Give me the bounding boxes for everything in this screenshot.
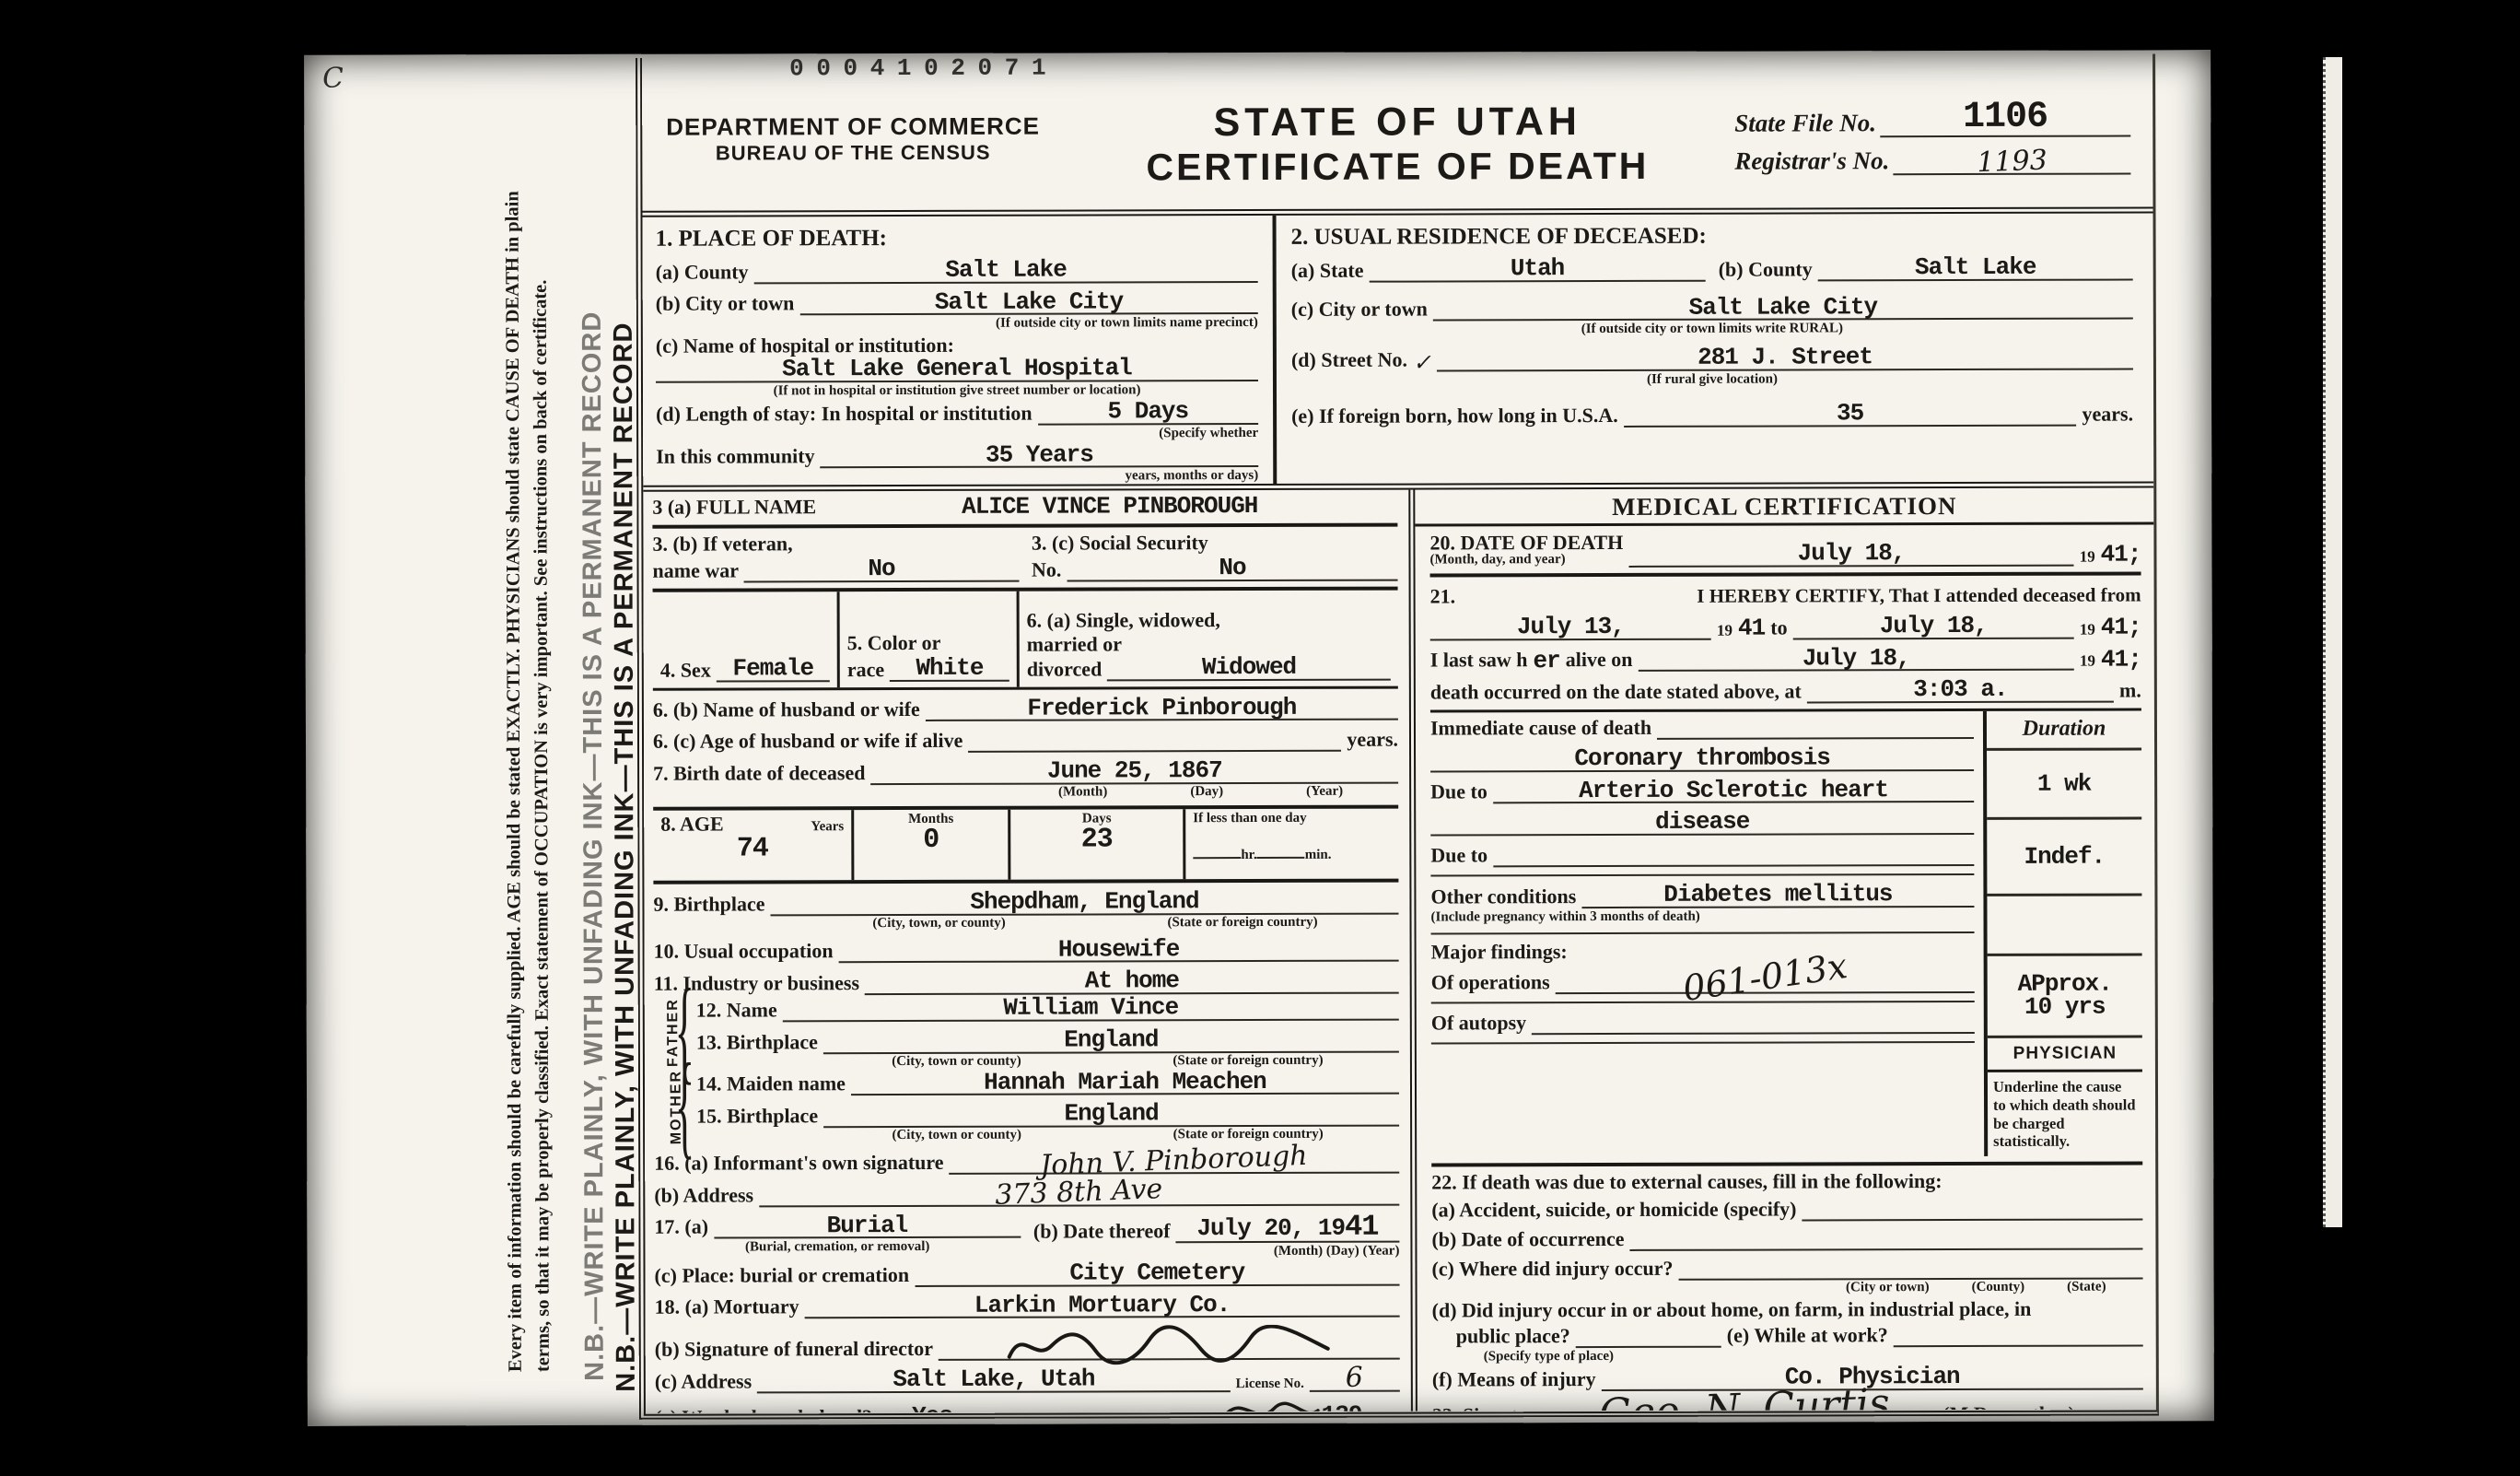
state-file-row: State File No. 1106 [1734, 100, 2130, 138]
death-date-value: July 18, [1798, 539, 1906, 567]
license-label: License No. [1236, 1376, 1304, 1391]
death-occurred-row: death occurred on the date stated above,… [1430, 678, 2141, 705]
death-time-value: 3:03 a. [1913, 675, 2007, 703]
death-date-label1: 20. DATE OF DEATH [1429, 532, 1623, 554]
physician-signature: Geo. N. Curtis [1599, 1387, 1891, 1411]
res-city-note: (If outside city or town limits write RU… [1291, 321, 2133, 338]
occupation-label: 10. Usual occupation [654, 940, 834, 965]
burial-place-value: City Cemetery [1069, 1259, 1244, 1286]
res-city-value: Salt Lake City [1689, 293, 1878, 322]
lastsaw-label2: alive on [1566, 648, 1633, 672]
immediate-cause-value: Coronary thrombosis [1574, 744, 1830, 772]
death-date-year: 41; [2101, 544, 2141, 567]
signature-line: Geo. N. Curtis [1552, 1392, 1937, 1412]
res-city-line: Salt Lake City [1433, 295, 2133, 322]
disposal-value: Burial [827, 1212, 908, 1239]
embalmer-license-value: 139. [1322, 1400, 1376, 1413]
registrar-no-value: 1193 [1977, 149, 2047, 174]
min-label: min. [1305, 848, 1332, 862]
informant-signature: John V. Pinborough [1040, 1145, 1308, 1177]
color-label2: race [847, 658, 884, 682]
other-conditions-label: Other conditions [1430, 884, 1576, 908]
duration-other-value2: 10 yrs [2024, 996, 2106, 1019]
state-file-value: 1106 [1963, 97, 2047, 138]
community-value: 35 Years [986, 440, 1093, 468]
father-bp-note2: (State or foreign country) [1172, 1052, 1323, 1068]
state-file-label: State File No. [1734, 109, 1876, 137]
hr-label: hr. [1241, 848, 1256, 862]
other-conditions-line: Diabetes mellitus [1581, 883, 1974, 908]
birthdate-notes: (Month) (Day) (Year) [653, 784, 1398, 802]
age-years-value: 74 [660, 836, 844, 862]
bureau-name: BUREAU OF THE CENSUS [666, 141, 1040, 166]
ss-value: No [1219, 554, 1245, 581]
state-title: STATE OF UTAH [1038, 100, 1756, 146]
informant-address-label: (b) Address [654, 1183, 753, 1207]
due1-value2: disease [1655, 808, 1749, 836]
sex-value: Female [732, 654, 813, 682]
street-line: 281 J. Street [1437, 346, 2133, 372]
to-word: to [1770, 615, 1787, 639]
mortuary-address-value: Salt Lake, Utah [892, 1365, 1094, 1393]
file-numbers: State File No. 1106 Registrar's No. 1193 [1734, 91, 2130, 176]
community-label: In this community [656, 445, 814, 469]
birthplace-note1: (City, town, or county) [872, 915, 1005, 931]
ss-line: No [1067, 556, 1397, 582]
age-less-label: If less than one day [1193, 811, 1391, 827]
duration-due1-value: Indef. [2024, 845, 2105, 868]
section2-heading: 2. USUAL RESIDENCE OF DECEASED: [1291, 223, 2133, 251]
color-value: White [916, 654, 983, 682]
city-line: Salt Lake City [799, 290, 1258, 316]
spouse-value: Frederick Pinborough [1027, 694, 1296, 722]
lastsaw-value: July 18, [1802, 644, 1910, 672]
mother-name-line: Hannah Mariah Meachen [851, 1070, 1399, 1095]
embalmer-signature-scribble [1184, 1399, 1322, 1412]
license-line: 6 [1310, 1367, 1400, 1392]
form-header: 0 0 0 4 1 0 2 0 7 1 DEPARTMENT OF COMMER… [642, 53, 2152, 217]
informant-label: 16. (a) Informant's own signature [654, 1151, 943, 1176]
lastsaw-year-prefix: 19 [2080, 652, 2095, 671]
spouse-age-line [968, 750, 1341, 753]
operations-label: Of operations [1431, 970, 1550, 994]
section-place-of-death: 1. PLACE OF DEATH: (a) CountySalt Lake (… [643, 216, 1277, 486]
disposal-date-value: July 20, 19 [1196, 1213, 1345, 1241]
medical-heading: MEDICAL CERTIFICATION [1415, 487, 2153, 526]
duration-column: Duration 1 wk Indef. APprox.10 yrs PHYSI… [1983, 710, 2142, 1156]
occupation-value: Housewife [1058, 935, 1180, 963]
mortuary-line: Larkin Mortuary Co. [805, 1293, 1400, 1318]
disposal-date-label: (b) Date thereof [1033, 1219, 1171, 1243]
mortuary-label: 18. (a) Mortuary [655, 1295, 799, 1319]
birthplace-value: Shepdham, England [970, 887, 1198, 916]
major-findings-label: Major findings: [1431, 939, 1975, 965]
stay-line: 5 Days [1038, 400, 1259, 425]
immediate-cause-line: Coronary thrombosis [1430, 746, 1974, 772]
disposal-line: Burial [714, 1213, 1021, 1239]
community-line: 35 Years [821, 443, 1259, 469]
disposal-label: 17. (a) [654, 1215, 708, 1239]
main-band: 3 (a) FULL NAMEALICE VINCE PINBOROUGH 3.… [643, 487, 2156, 1412]
mother-group: MOTHER{ 14. Maiden nameHannah Mariah Mea… [654, 1068, 1399, 1143]
disposal-date-year: 41 [1345, 1209, 1379, 1243]
stay-value: 5 Days [1107, 397, 1188, 425]
color-label: 5. Color or [847, 631, 1009, 655]
mother-birthplace-line: England [823, 1102, 1399, 1128]
attended-from-line: July 13, [1430, 615, 1711, 640]
city-label: (b) City or town [656, 292, 795, 316]
industry-value: At home [1085, 967, 1179, 995]
autopsy-line2 [1431, 1041, 1975, 1045]
disposal-row: 17. (a)Burial (Burial, cremation, or rem… [654, 1205, 1399, 1261]
ss-label2: No. [1032, 557, 1061, 581]
res-state-label: (a) State [1291, 258, 1364, 282]
county-value: Salt Lake [945, 256, 1067, 284]
physician-note: Underline the cause to which death shoul… [1988, 1072, 2142, 1156]
duration-other: APprox.10 yrs [1988, 955, 2142, 1037]
registrar-no-line: 1193 [1893, 150, 2130, 175]
certify-row: 21. I HEREBY CERTIFY, That I attended de… [1430, 582, 2141, 608]
spouse-age-label: 6. (c) Age of husband or wife if alive [653, 729, 962, 754]
to-year: 41; [2101, 615, 2141, 638]
age-years-label: Years [811, 819, 844, 835]
mother-birthplace-label: 15. Birthplace [696, 1104, 818, 1128]
age-label: 8. AGE [660, 813, 724, 837]
death-date-line: July 18, [1628, 542, 2073, 568]
other-conditions-note: (Include pregnancy within 3 months of de… [1430, 908, 1974, 926]
due1-value: Arterio Sclerotic heart [1579, 776, 1888, 804]
month-note: (Month) [1058, 784, 1107, 800]
duration-heading: Duration [1987, 710, 2141, 750]
res-state-line: Utah [1369, 257, 1705, 283]
margin-warning-line-echo: N.B.—WRITE PLAINLY, WITH UNFADING INK—TH… [577, 96, 611, 1381]
burial-place-label: (c) Place: burial or cremation [654, 1263, 909, 1288]
death-date-label: 20. DATE OF DEATH (Month, day, and year) [1429, 532, 1623, 568]
attended-to-value: July 18, [1880, 612, 1988, 639]
due1-line2: disease [1430, 810, 1974, 836]
section1-heading: 1. PLACE OF DEATH: [656, 225, 1258, 252]
sex-label: 4. Sex [660, 658, 711, 682]
embalmed-value: Yes [912, 1401, 952, 1412]
veteran-ss-row: 3. (b) If veteran, name warNo 3. (c) Soc… [652, 527, 1397, 592]
accident-line [1802, 1219, 2143, 1222]
mortuary-address-line: Salt Lake, Utah [757, 1367, 1231, 1393]
due2-line2 [1430, 873, 1974, 877]
due1-line: Arterio Sclerotic heart [1493, 779, 1974, 804]
public-place-line [1576, 1346, 1721, 1348]
embalmed-label: (e) Was body embalmed? [655, 1405, 872, 1412]
embalmer-license-line: 139. [1159, 1399, 1400, 1413]
duration-due1: Indef. [1987, 819, 2141, 896]
mother-name-label: 14. Maiden name [696, 1072, 846, 1095]
foreign-line: 35 [1624, 402, 2077, 428]
fullname-value: ALICE VINCE PINBOROUGH [962, 492, 1257, 521]
father-name-line: William Vince [783, 996, 1399, 1022]
fullname-line: ALICE VINCE PINBOROUGH [822, 495, 1397, 519]
occupation-line: Housewife [839, 937, 1399, 963]
immediate-cause-line0 [1657, 737, 1974, 740]
spouse-age-suffix: years. [1347, 728, 1398, 752]
injury-state-note: (State) [2067, 1280, 2106, 1295]
father-bp-note1: (City, town or county) [892, 1053, 1021, 1069]
personal-column: 3 (a) FULL NAMEALICE VINCE PINBOROUGH 3.… [643, 490, 1417, 1413]
street-value: 281 J. Street [1697, 344, 1872, 371]
certificate-form: 0 0 0 4 1 0 2 0 7 1 DEPARTMENT OF COMMER… [636, 53, 2159, 1419]
spouse-line: Frederick Pinborough [926, 696, 1398, 721]
to-year-prefix: 19 [2080, 620, 2095, 638]
other-conditions-value: Diabetes mellitus [1663, 880, 1892, 908]
spouse-label: 6. (b) Name of husband or wife [653, 697, 920, 722]
margin-instructions: Every item of information should be care… [499, 174, 557, 1372]
lastsaw-her: er [1533, 650, 1559, 673]
age-days-value: 23 [1018, 826, 1175, 853]
injury-city-note: (City or town) [1846, 1280, 1930, 1295]
scan-background: C N.B.—WRITE PLAINLY, WITH UNFADING INK—… [0, 0, 2520, 1476]
death-time-line: 3:03 a. [1807, 678, 2114, 704]
item21-number: 21. [1430, 584, 1456, 608]
due2-label: Due to [1430, 843, 1487, 867]
day-note: (Day) [1190, 784, 1223, 800]
physician-heading: PHYSICIAN [1988, 1037, 2142, 1072]
death-m-label: m. [2119, 678, 2141, 702]
birthplace-label: 9. Birthplace [653, 892, 764, 916]
fullname-label: 3 (a) FULL NAME [652, 495, 816, 519]
attended-dates-row: July 13, 19 41 to July 18, 19 41; [1430, 614, 2141, 640]
registrar-no-label: Registrar's No. [1734, 146, 1889, 175]
lastsaw-label: I last saw h [1430, 648, 1528, 672]
veteran-label2: name war [652, 558, 739, 582]
father-birthplace-value: England [1064, 1025, 1158, 1053]
father-birthplace-line: England [823, 1027, 1399, 1053]
license-value: 6 [1346, 1366, 1364, 1389]
injury-where-label: (c) Where did injury occur? [1431, 1257, 1673, 1282]
scan-edge-strip [2323, 57, 2342, 1227]
birthdate-value: June 25, 1867 [1047, 756, 1222, 784]
physician-signature-block: 23. SignatureGeo. N. Curtis(M.D. or othe… [1432, 1391, 2143, 1411]
attended-from-value: July 13, [1517, 613, 1625, 640]
informant-line: John V. Pinborough [949, 1149, 1399, 1175]
informant-address-value: 373 8th Ave [995, 1178, 1163, 1207]
marital-value: Widowed [1202, 653, 1296, 681]
marital-line: Widowed [1107, 656, 1391, 681]
industry-line: At home [865, 969, 1399, 995]
street-label: (d) Street No. [1291, 348, 1407, 372]
informant-address-line: 373 8th Ave [759, 1181, 1399, 1207]
community-note: years, months or days) [656, 468, 1258, 486]
birthplace-line: Shepdham, England [770, 890, 1398, 916]
foreign-label: (e) If foreign born, how long in U.S.A. [1291, 404, 1618, 428]
signature-label: 23. Signature [1432, 1403, 1546, 1411]
mother-birthplace-value: England [1064, 1099, 1158, 1127]
sex-color-marital-row: 4. SexFemale 5. Color or raceWhite 6. (a… [653, 590, 1398, 690]
corner-mark: C [322, 67, 344, 90]
stay-label: (d) Length of stay: In hospital or insti… [656, 401, 1032, 426]
from-year-prefix: 19 [1717, 621, 1732, 639]
from-year: 41 [1738, 616, 1765, 639]
attended-to-line: July 18, [1793, 615, 2074, 639]
causes-main: Immediate cause of death Coronary thromb… [1430, 711, 1984, 1158]
death-date-label2: (Month, day, and year) [1429, 553, 1623, 568]
marital-label1: 6. (a) Single, widowed, [1027, 608, 1391, 633]
public-place-label: public place? [1432, 1324, 1570, 1348]
res-county-value: Salt Lake [1915, 253, 2036, 281]
ss-label: 3. (c) Social Security [1032, 531, 1398, 556]
accident-label: (a) Accident, suicide, or homicide (spec… [1431, 1198, 1796, 1223]
operations-line: 061-013x [1556, 963, 1975, 995]
means-of-injury-label: (f) Means of injury [1432, 1367, 1596, 1391]
birthdate-label: 7. Birth date of deceased [653, 761, 865, 786]
other-conditions-line2 [1431, 931, 1975, 935]
res-city-label: (c) City or town [1291, 298, 1428, 322]
res-state-value: Utah [1511, 254, 1565, 282]
injury-home-label: (d) Did injury occur in or about home, o… [1432, 1297, 2143, 1323]
res-county-label: (b) County [1719, 257, 1813, 281]
autopsy-line [1532, 1032, 1975, 1035]
res-county-line: Salt Lake [1818, 256, 2133, 282]
document-title: STATE OF UTAH CERTIFICATE OF DEATH [1038, 100, 1756, 190]
street-checkmark: ✓ [1413, 354, 1432, 372]
duration-immediate-value: 1 wk [2037, 772, 2091, 795]
birthplace-note2: (State or foreign country) [1167, 915, 1317, 931]
duration-due2 [1987, 896, 2141, 955]
year-note: (Year) [1306, 784, 1343, 800]
burial-place-line: City Cemetery [915, 1261, 1400, 1287]
father-birthplace-label: 13. Birthplace [696, 1030, 818, 1054]
injury-county-note: (County) [1972, 1280, 2025, 1295]
foreign-value: 35 [1837, 399, 1863, 427]
mother-name-value: Hannah Mariah Meachen [984, 1067, 1266, 1095]
hr-min-line: hr.min. [1193, 847, 1391, 864]
immediate-cause-label: Immediate cause of death [1430, 716, 1651, 741]
age-row: 8. AGEYears 74 Months 0 Days 23 If les [653, 805, 1398, 884]
death-occurred-label: death occurred on the date stated above,… [1430, 679, 1802, 704]
age-months-value: 0 [861, 827, 1000, 854]
disposal-date-note: (Month) (Day) (Year) [1033, 1244, 1400, 1260]
father-name-label: 12. Name [696, 998, 777, 1022]
certify-text: I HEREBY CERTIFY, That I attended deceas… [1697, 583, 2141, 607]
veteran-line: No [744, 557, 1019, 582]
disposal-date-line: July 20, 1941 [1176, 1212, 1400, 1243]
external-causes-block: 22. If death was due to external causes,… [1431, 1162, 2143, 1392]
disposal-note: (Burial, cremation, or removal) [654, 1239, 1021, 1256]
stay-note: (Specify whether [656, 426, 1258, 443]
certificate-title: CERTIFICATE OF DEATH [1038, 145, 1756, 190]
veteran-label: 3. (b) If veteran, [652, 532, 1019, 556]
state-file-line: 1106 [1880, 100, 2130, 138]
mother-bp-note1: (City, town or county) [892, 1128, 1021, 1143]
section-usual-residence: 2. USUAL RESIDENCE OF DECEASED: (a) Stat… [1277, 213, 2154, 483]
mortuary-value: Larkin Mortuary Co. [974, 1291, 1231, 1319]
funeral-director-label: (b) Signature of funeral director [655, 1337, 933, 1362]
funeral-director-signature-scribble [1003, 1325, 1335, 1366]
occurrence-date-label: (b) Date of occurrence [1431, 1227, 1624, 1252]
birthdate-line: June 25, 1867 [870, 759, 1398, 785]
last-saw-row: I last saw her alive on July 18, 19 41; [1430, 646, 2141, 673]
department-name: DEPARTMENT OF COMMERCE [666, 112, 1040, 142]
mortuary-address-label: (c) Address [655, 1369, 752, 1393]
father-group: FATHER{ 12. NameWilliam Vince 13. Birthp… [654, 994, 1399, 1070]
stamped-file-number: 0 0 0 4 1 0 2 0 7 1 [789, 57, 1045, 80]
duration-immediate: 1 wk [1987, 750, 2141, 819]
county-line: Salt Lake [753, 258, 1257, 284]
medical-column: MEDICAL CERTIFICATION 20. DATE OF DEATH … [1415, 487, 2156, 1411]
embalmed-line: Yes [878, 1404, 986, 1412]
marital-label3: divorced [1027, 657, 1102, 681]
hospital-value: Salt Lake General Hospital [782, 355, 1132, 383]
causes-block: Immediate cause of death Coronary thromb… [1430, 708, 2142, 1157]
registrar-no-row: Registrar's No. 1193 [1734, 146, 2130, 176]
md-label: (M.D. or other) [1942, 1402, 2075, 1412]
mother-brace: { [675, 1037, 695, 1173]
external-heading: 22. If death was due to external causes,… [1431, 1169, 2142, 1195]
birthplace-notes: (City, town, or county) (State or foreig… [654, 914, 1399, 931]
occurrence-date-line [1630, 1248, 2143, 1251]
city-note: (If outside city or town limits name pre… [656, 315, 1258, 333]
lastsaw-line: July 18, [1638, 646, 2074, 672]
due2-line [1493, 864, 1974, 867]
sex-line: Female [717, 657, 830, 682]
veteran-value: No [868, 555, 894, 582]
death-date-year-prefix: 19 [2080, 547, 2095, 566]
due1-label: Due to [1430, 780, 1487, 804]
while-at-work-label: (e) While at work? [1727, 1323, 1888, 1347]
certificate-page: C N.B.—WRITE PLAINLY, WITH UNFADING INK—… [304, 50, 2214, 1425]
agency-block: DEPARTMENT OF COMMERCE BUREAU OF THE CEN… [666, 112, 1040, 166]
autopsy-label: Of autopsy [1431, 1011, 1526, 1035]
top-band: 1. PLACE OF DEATH: (a) CountySalt Lake (… [643, 213, 2154, 491]
lastsaw-year: 41; [2101, 648, 2141, 671]
hospital-line: Salt Lake General Hospital [656, 357, 1258, 382]
color-line: White [890, 657, 1009, 682]
city-value: Salt Lake City [935, 287, 1124, 316]
county-label: (a) County [656, 260, 749, 284]
injury-where-notes: (City or town) (County) (State) [1432, 1280, 2143, 1297]
foreign-suffix: years. [2082, 402, 2133, 426]
funeral-director-line [939, 1325, 1400, 1361]
father-name-value: William Vince [1003, 993, 1178, 1021]
